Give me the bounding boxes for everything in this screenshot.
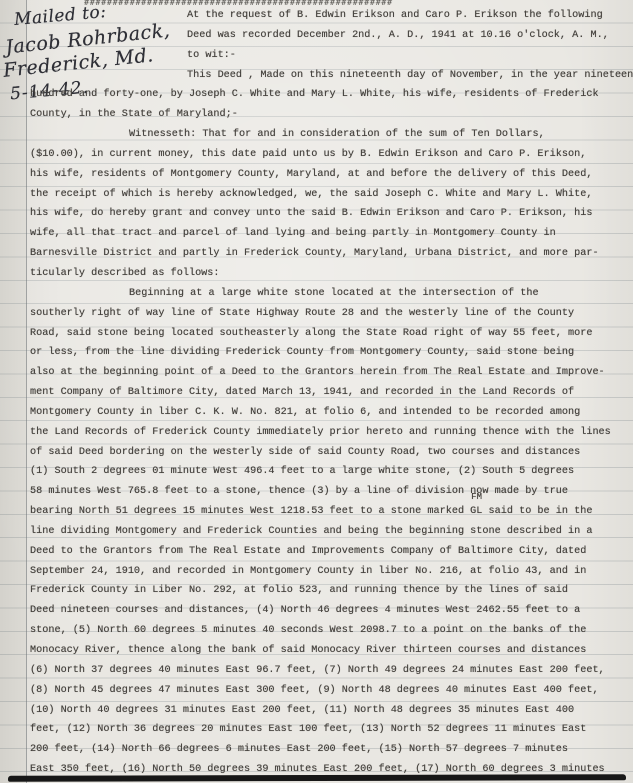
typed-line: County, in the State of Maryland;- [30, 105, 630, 125]
typed-line: Beginning at a large white stone located… [30, 284, 630, 304]
line-pre-text: bearing North 51 degrees 15 minutes West… [30, 506, 470, 517]
typed-line: At the request of B. Edwin Erikson and C… [30, 6, 630, 26]
typed-line: hundred and forty-one, by Joseph C. Whit… [30, 85, 630, 105]
typed-line: or less, from the line dividing Frederic… [30, 343, 630, 363]
typed-line: This Deed , Made on this nineteenth day … [30, 66, 630, 86]
typed-line: his wife, residents of Montgomery County… [30, 165, 630, 185]
typed-line: Monocacy River, thence along the bank of… [30, 641, 630, 661]
typed-line: (1) South 2 degrees 01 minute West 496.4… [30, 462, 630, 482]
typed-line: to wit:- [30, 46, 630, 66]
typed-line: wife, all that tract and parcel of land … [30, 224, 630, 244]
typed-line: September 24, 1910, and recorded in Mont… [30, 562, 630, 582]
typed-line: (10) North 40 degrees 31 minutes East 20… [30, 701, 630, 721]
typed-line: Deed was recorded December 2nd., A. D., … [30, 26, 630, 46]
deed-body-text: At the request of B. Edwin Erikson and C… [30, 6, 630, 780]
typed-line: the Land Records of Frederick County imm… [30, 423, 630, 443]
typed-line: stone, (5) North 60 degrees 5 minutes 40… [30, 621, 630, 641]
typed-line: also at the beginning point of a Deed to… [30, 363, 630, 383]
gl-stone-mark: FMGL [470, 502, 482, 522]
typed-line: line dividing Montgomery and Frederick C… [30, 522, 630, 542]
typed-line: the receipt of which is hereby acknowled… [30, 185, 630, 205]
typed-line: Deed nineteen courses and distances, (4)… [30, 601, 630, 621]
typed-line: (6) North 37 degrees 40 minutes East 96.… [30, 661, 630, 681]
typed-line: (8) North 45 degrees 47 minutes East 300… [30, 681, 630, 701]
typed-line: ticularly described as follows: [30, 264, 630, 284]
scanned-deed-page: ########################################… [0, 0, 633, 783]
typed-line: 200 feet, (14) North 66 degrees 6 minute… [30, 740, 630, 760]
typed-line: southerly right of way line of State Hig… [30, 304, 630, 324]
typed-line: Montgomery County in liber C. K. W. No. … [30, 403, 630, 423]
fm-superscript: FM [471, 493, 482, 502]
gl-base: GL [470, 506, 482, 517]
scan-bottom-edge [8, 774, 626, 782]
typed-line: ($10.00), in current money, this date pa… [30, 145, 630, 165]
typed-line: of said Deed bordering on the westerly s… [30, 443, 630, 463]
typed-line: Road, said stone being located southeast… [30, 324, 630, 344]
typed-line: ment Company of Baltimore City, dated Ma… [30, 383, 630, 403]
typed-line: Deed to the Grantors from The Real Estat… [30, 542, 630, 562]
typed-line: Frederick County in Liber No. 292, at fo… [30, 581, 630, 601]
typed-line: 58 minutes West 765.8 feet to a stone, t… [30, 482, 630, 502]
typed-line: Witnesseth: That for and in consideratio… [30, 125, 630, 145]
ledger-margin-line [0, 0, 27, 783]
typed-line: Barnesville District and partly in Frede… [30, 244, 630, 264]
typed-line-with-stone-mark: bearing North 51 degrees 15 minutes West… [30, 502, 630, 522]
typed-line: his wife, do hereby grant and convey unt… [30, 204, 630, 224]
line-post-text: said to be in the [482, 506, 592, 517]
typed-line: feet, (12) North 36 degrees 20 minutes E… [30, 720, 630, 740]
